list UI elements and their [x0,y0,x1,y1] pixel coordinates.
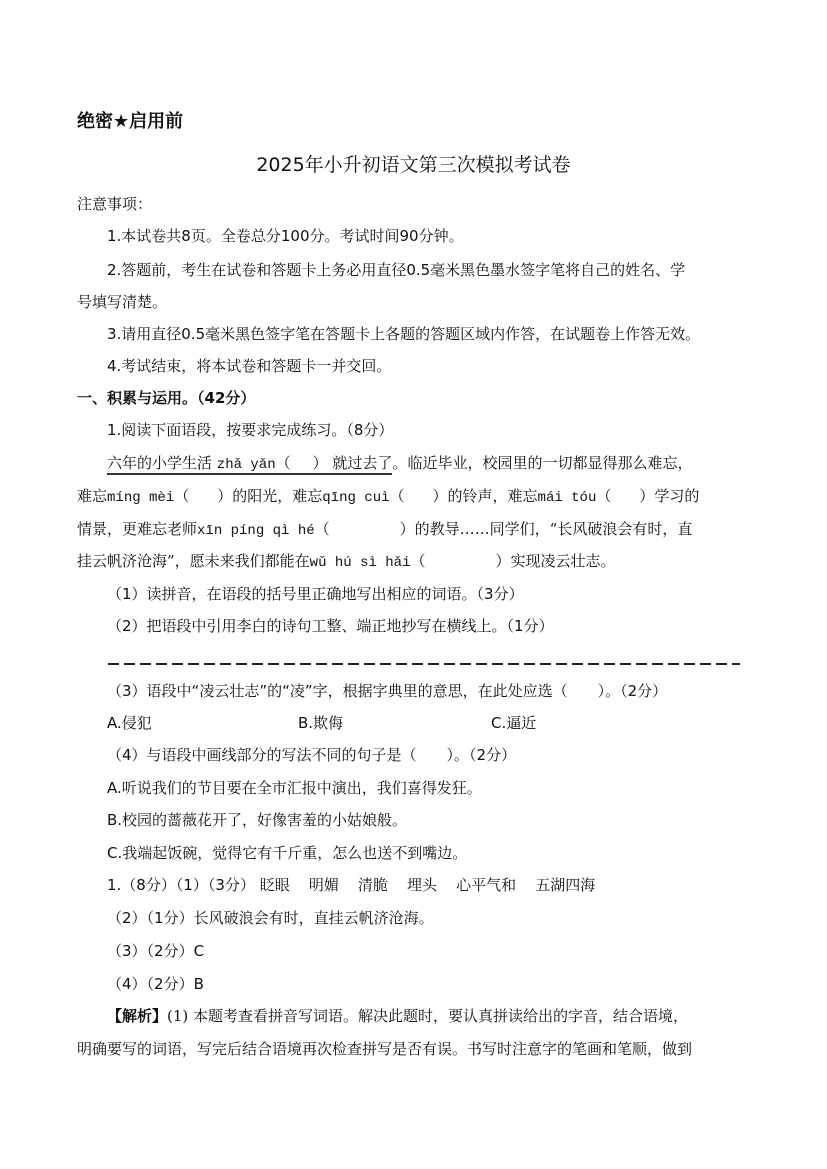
underlined-phrase: 六年的小学生活 zhǎ yǎn（） 就过去了 [107,454,392,475]
passage-text: 的铃声，难忘 [448,487,538,505]
passage-line: 挂云帆济沧海”，愿未来我们都能在wǔ hú sì hǎi（）实现凌云壮志。 [77,551,616,573]
option-c[interactable]: C.我端起饭碗，觉得它有千斤重，怎么也送不到嘴边。 [107,843,467,863]
pinyin: xīn píng qì hé [197,523,315,539]
analysis-line: 明确要写的词语，写完后结合语境再次检查拼写是否有误。书写时注意字的笔画和笔顺，做… [77,1039,692,1059]
pinyin: míng mèi [107,490,174,506]
answer-word: 埋头 [407,876,437,894]
passage-text: 难忘 [77,487,107,505]
pinyin: wǔ hú sì hǎi [310,555,411,571]
answer-2: （2）（1分）长风破浪会有时，直挂云帆济沧海。 [107,908,434,928]
passage-line: 难忘míng mèi（）的阳光，难忘qīng cuì（）的铃声，难忘mái tó… [77,486,699,508]
passage-text: 的教导……同学们，“长风破浪会有时，直 [415,520,693,538]
passage-text: 的阳光，难忘 [232,487,322,505]
notes-heading: 注意事项： [77,194,152,214]
answer-3: （3）（2分）C [107,941,204,961]
analysis-line: 【解析】(1) 本题考查看拼音写词语。解决此题时，要认真拼读给出的字音，结合语境… [107,1006,688,1026]
answer-word: 心平气和 [456,876,516,894]
section-heading: 一、积累与运用。（42分） [77,388,255,408]
note-item: 3.请用直径0.5毫米黑色签字笔在答题卡上各题的答题区域内作答，在试题卷上作答无… [107,324,700,344]
answer-word: 明媚 [309,876,339,894]
pinyin: mái tóu [538,490,597,506]
answer-paren-open: （ [276,454,291,472]
confidential-label: 绝密★启用前 [77,110,183,134]
pinyin: zhǎ yǎn [217,457,276,473]
answer-1: 1.（8分）（1）（3分） 眨眼 明媚 清脆 埋头 心平气和 五湖四海 [107,875,595,895]
passage-text: 就过去了 [332,454,392,472]
passage-text: 学习的 [654,487,699,505]
sub-question: （3）语段中“凌云壮志”的“凌”字，根据字典里的意思，在此处应选（ ）。（2分） [107,681,667,701]
option-a[interactable]: A.听说我们的节目要在全市汇报中演出，我们喜得发狂。 [107,778,482,798]
note-item: 2.答题前，考生在试卷和答题卡上务必用直径0.5毫米黑色墨水签字笔将自己的姓名、… [107,260,685,280]
question-prompt: 1.阅读下面语段，按要求完成练习。（8分） [107,420,393,440]
option-b[interactable]: B.校园的蔷薇花开了，好像害羞的小姑娘般。 [107,810,407,830]
passage-line: 六年的小学生活 zhǎ yǎn（） 就过去了。临近毕业，校园里的一切都显得那么难… [107,453,692,475]
passage-text: 挂云帆济沧海”，愿未来我们都能在 [77,552,310,570]
page-title: 2025年小升初语文第三次模拟考试卷 [0,152,827,178]
answer-word: 清脆 [358,876,388,894]
note-item: 1.本试卷共8页。全卷总分100分。考试时间90分钟。 [107,226,464,246]
answer-paren-close: ） [313,454,328,472]
option-a[interactable]: A.侵犯 [107,713,152,733]
option-c[interactable]: C.逼近 [491,713,536,733]
sub-question: （1）读拼音，在语段的括号里正确地写出相应的词语。（3分） [107,584,524,604]
answer-4: （4）（2分）B [107,974,204,994]
passage-text: 实现凌云壮志。 [511,552,616,570]
sub-question: （4）与语段中画线部分的写法不同的句子是（ ）。（2分） [107,745,516,765]
answer-word: 五湖四海 [535,876,595,894]
exam-page: 绝密★启用前 2025年小升初语文第三次模拟考试卷 注意事项： 1.本试卷共8页… [0,0,827,1169]
option-b[interactable]: B.欺侮 [298,713,343,733]
passage-line: 情景，更难忘老师xīn píng qì hé（）的教导……同学们，“长风破浪会有… [77,519,692,541]
analysis-label: 【解析】 [107,1007,167,1025]
analysis-text: (1) 本题考查看拼音写词语。解决此题时，要认真拼读给出的字音，结合语境， [167,1007,688,1025]
note-item-continued: 号填写清楚。 [77,292,167,312]
passage-text: 。临近毕业，校园里的一切都显得那么难忘， [392,454,692,472]
answer-writing-line[interactable] [108,663,740,665]
passage-text: 六年的小学生活 [107,454,212,472]
answer-label: 1.（8分）（1）（3分） [107,876,255,894]
pinyin: qīng cuì [322,490,389,506]
note-item: 4.考试结束，将本试卷和答题卡一并交回。 [107,356,391,376]
sub-question: （2）把语段中引用李白的诗句工整、端正地抄写在横线上。（1分） [107,616,554,636]
passage-text: 情景，更难忘老师 [77,520,197,538]
answer-word: 眨眼 [260,876,290,894]
